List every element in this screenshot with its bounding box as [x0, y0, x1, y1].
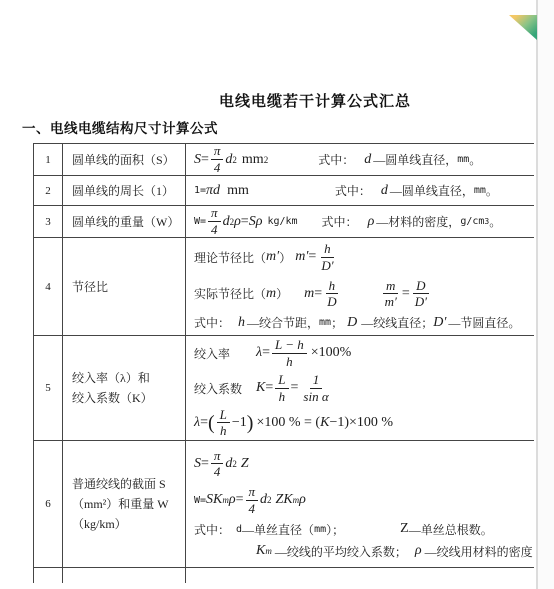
formula-token [242, 388, 256, 389]
formula-token: m [304, 286, 314, 302]
formula-token [268, 159, 318, 160]
formula-token: 式中： [335, 182, 371, 199]
formula-token: −1)×100 % [329, 415, 393, 431]
formula-token: mm [314, 524, 326, 535]
formula-token: —单丝直径（ [242, 521, 314, 538]
formula-token [407, 551, 415, 552]
item-name-line: 圆单线的面积（S） [72, 150, 185, 170]
fraction: hD′ [318, 241, 336, 273]
fraction: Lh [217, 407, 230, 439]
formula-line: 1=πdmm式中：d—圆单线直径，mm。 [194, 182, 534, 200]
formula-token: K [320, 415, 329, 431]
section-heading: 一、电线电缆结构尺寸计算公式 [22, 117, 218, 137]
formula-line: W=SKmρ = π4d2ZKmρ [194, 484, 534, 516]
formula-token: = [314, 286, 322, 302]
formula-line: 式中：d—单丝直径（mm）；Z—单丝总根数。 [194, 520, 534, 538]
formula-token: d [364, 152, 371, 168]
formula-token: Z [241, 456, 249, 472]
item-name-line: （kg/km） [72, 514, 185, 534]
formula-token: mm [319, 317, 331, 328]
fraction: Lh [275, 372, 288, 404]
formula-token [288, 293, 304, 294]
formula-token: —绞线直径； [361, 314, 433, 331]
formula-token [342, 293, 380, 294]
table-row: 1圆单线的面积（S）S = π4d2mm2式中：d—圆单线直径，mm。 [33, 143, 534, 175]
formula-token: 绞入系数 [194, 380, 242, 397]
item-name-cell: 圆单线的重量（W） [62, 206, 185, 237]
formula-token: πd [206, 183, 220, 199]
formula-token: ×100 % = ( [256, 415, 320, 431]
formula-token: = [241, 214, 249, 230]
formula-line: S = π4d2Z [194, 448, 534, 480]
formula-token: 式中： [318, 151, 354, 168]
item-name-cell: 普通绞线的截面 S（mm²）和重量 W（kg/km） [62, 441, 185, 567]
table-row: 3圆单线的重量（W）W=π4d2ρ = Sρkg/km式中：ρ—材料的密度，g/… [33, 205, 534, 237]
fraction: π4 [208, 206, 221, 237]
formula-token: m [266, 286, 276, 302]
formula-line: W=π4d2ρ = Sρkg/km式中：ρ—材料的密度，g/cm3。 [194, 208, 534, 235]
fraction: mm′ [382, 278, 400, 310]
row-number-cell: 4 [33, 238, 62, 335]
formula-cell: 理论节径比（m′）m′ = hD′实际节径比（m）m = hDmm′ = DD′… [185, 238, 534, 335]
cutoff-cell [62, 568, 185, 583]
formula-token: = [201, 152, 209, 168]
row-number-cell: 1 [33, 144, 62, 175]
formula-token: m′ [295, 249, 308, 265]
fraction: π4 [246, 484, 259, 516]
row-number-cell: 6 [33, 441, 62, 567]
formula-line: 绞入率λ = L − hh×100% [194, 338, 534, 369]
formula-token: —材料的密度， [376, 213, 460, 230]
formula-token: ×100% [311, 345, 352, 361]
formula-token: Sρ [249, 214, 263, 230]
formula-token: ρ [415, 543, 422, 559]
formula-token: = [200, 415, 208, 431]
item-name-cell: 节径比 [62, 238, 185, 335]
formula-token: —绞线用材料的密度（ [425, 543, 534, 560]
document-page: 电线电缆若干计算公式汇总 一、电线电缆结构尺寸计算公式 1圆单线的面积（S）S … [0, 0, 536, 589]
formula-token: 理论节径比（ [194, 249, 266, 266]
formula-token: ； [331, 314, 343, 331]
table-row: 2圆单线的周长（1）1=πdmm式中：d—圆单线直径，mm。 [33, 175, 534, 205]
formula-line: 理论节径比（m′）m′ = hD′ [194, 241, 534, 273]
formula-token: —单丝总根数。 [409, 521, 493, 538]
formula-token: SK [206, 492, 222, 508]
row-number-cell: 3 [33, 206, 62, 237]
formula-token: W= [194, 216, 206, 227]
formula-token: = [262, 345, 270, 361]
formula-cell: W=π4d2ρ = Sρkg/km式中：ρ—材料的密度，g/cm3。 [185, 206, 534, 237]
formula-token: —圆单线直径， [373, 151, 457, 168]
table-row-cutoff [33, 567, 534, 583]
formula-token: 。 [489, 213, 501, 230]
item-name-cell: 圆单线的面积（S） [62, 144, 185, 175]
formula-token: ρ [299, 492, 306, 508]
row-number-cell: 2 [33, 176, 62, 205]
page-margin-strip [538, 0, 554, 589]
row-number-cell: 5 [33, 336, 62, 440]
formula-token [220, 190, 227, 191]
formula-token [230, 353, 256, 354]
formula-token: 实际节径比（ [194, 285, 266, 302]
item-name-cell: 圆单线的周长（1） [62, 176, 185, 205]
formula-token: = [201, 456, 209, 472]
fraction: π4 [211, 144, 224, 175]
cutoff-cell [185, 568, 534, 583]
formula-token: 式中： [194, 314, 230, 331]
formula-token: d [381, 183, 388, 199]
formula-line: 式中：h—绞合节距，mm；D—绞线直径；D′—节圆直径。 [194, 314, 534, 332]
formula-token: —绞合节距， [247, 314, 319, 331]
formula-token: mm [457, 154, 469, 165]
page-title: 电线电缆若干计算公式汇总 [0, 90, 554, 111]
formula-token: ZK [276, 492, 293, 508]
formula-token: d [260, 492, 267, 508]
formula-token: 1= [194, 185, 206, 196]
formula-token [354, 159, 364, 160]
formula-token: —节圆直径。 [448, 314, 520, 331]
formula-token: W= [194, 495, 206, 506]
formula-token: mm [227, 183, 249, 199]
item-name-line: 普通绞线的截面 S [72, 474, 185, 494]
formula-line: S = π4d2mm2式中：d—圆单线直径，mm。 [194, 146, 534, 173]
formula-token: = [265, 380, 273, 396]
formula-token: h [238, 315, 245, 331]
formula-table: 1圆单线的面积（S）S = π4d2mm2式中：d—圆单线直径，mm。2圆单线的… [33, 143, 534, 583]
item-name-line: 绞入系数（K） [72, 388, 185, 408]
item-name-line: 圆单线的重量（W） [72, 212, 185, 232]
formula-token: 。 [486, 182, 498, 199]
formula-token: mm [242, 152, 264, 168]
formula-token: ( [208, 414, 215, 432]
fraction: DD′ [412, 278, 430, 310]
formula-token: K [256, 543, 265, 559]
formula-token: = [236, 492, 244, 508]
formula-token: 。 [469, 151, 481, 168]
formula-token: ρ [234, 214, 241, 230]
formula-token: S [194, 456, 201, 472]
formula-cell: 绞入率λ = L − hh×100%绞入系数K = Lh = 1sin αλ =… [185, 336, 534, 440]
item-name-line: 绞入率（λ）和 [72, 368, 185, 388]
formula-token: D [347, 315, 357, 331]
formula-line: Km—绞线的平均绞入系数；ρ—绞线用材料的密度（g/cm3 [194, 542, 534, 560]
item-name-line: 圆单线的周长（1） [72, 181, 185, 201]
formula-token: ρ [229, 492, 236, 508]
cutoff-cell [33, 568, 62, 583]
formula-token: K [256, 380, 265, 396]
formula-token: m′ [266, 249, 279, 265]
formula-token: = [402, 286, 410, 302]
fraction: L − hh [272, 337, 307, 369]
formula-token: d [225, 152, 232, 168]
formula-cell: 1=πdmm式中：d—圆单线直径，mm。 [185, 176, 534, 205]
fraction: hD [324, 278, 339, 310]
formula-token: ）； [326, 521, 344, 538]
formula-token [344, 529, 400, 530]
formula-token [371, 190, 381, 191]
fraction: 1sin α [300, 372, 331, 404]
formula-line: 绞入系数K = Lh = 1sin α [194, 373, 534, 404]
formula-token: S [194, 152, 201, 168]
formula-token: 式中： [194, 521, 230, 538]
formula-token: = [291, 380, 299, 396]
formula-token: = [308, 249, 316, 265]
fraction: π4 [211, 448, 224, 480]
formula-token: ） [279, 249, 291, 266]
formula-token [230, 322, 238, 323]
formula-line: λ = (Lh −1)×100 % = (K −1)×100 % [194, 407, 534, 438]
formula-token: g/cm [460, 216, 484, 227]
formula-token: 绞入率 [194, 345, 230, 362]
formula-token: d [223, 214, 230, 230]
table-row: 5绞入率（λ）和绞入系数（K）绞入率λ = L − hh×100%绞入系数K =… [33, 335, 534, 440]
formula-token [249, 190, 335, 191]
formula-token: ） [276, 285, 288, 302]
formula-token [194, 551, 256, 552]
formula-token [298, 221, 322, 222]
item-name-cell: 绞入率（λ）和绞入系数（K） [62, 336, 185, 440]
table-row: 6普通绞线的截面 S（mm²）和重量 W（kg/km）S = π4d2ZW=SK… [33, 440, 534, 567]
formula-token: d [225, 456, 232, 472]
formula-token: mm [474, 185, 486, 196]
formula-token: Z [400, 521, 409, 537]
item-name-line: 节径比 [72, 277, 185, 297]
table-row: 4节径比理论节径比（m′）m′ = hD′实际节径比（m）m = hDmm′ =… [33, 237, 534, 335]
formula-token: kg/km [267, 216, 297, 227]
formula-line: 实际节径比（m）m = hDmm′ = DD′ [194, 278, 534, 310]
formula-token: ρ [368, 214, 375, 230]
formula-token: D′ [433, 315, 446, 331]
formula-token: 式中： [322, 213, 358, 230]
formula-cell: S = π4d2ZW=SKmρ = π4d2ZKmρ式中：d—单丝直径（mm）；… [185, 441, 534, 567]
formula-cell: S = π4d2mm2式中：d—圆单线直径，mm。 [185, 144, 534, 175]
formula-token: ) [247, 414, 254, 432]
formula-token: —圆单线直径， [390, 182, 474, 199]
formula-token: −1 [232, 415, 247, 431]
item-name-line: （mm²）和重量 W [72, 494, 185, 514]
formula-token [358, 221, 368, 222]
formula-token: —绞线的平均绞入系数； [275, 543, 407, 560]
